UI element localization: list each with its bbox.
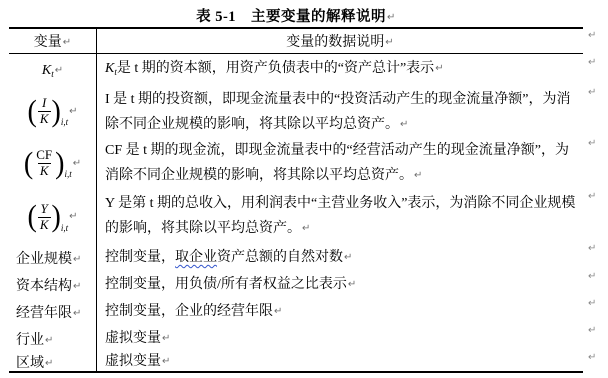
paragraph-mark-icon: ↵ — [68, 107, 77, 117]
paragraph-mark-icon: ↵ — [72, 281, 81, 292]
table-row: 区域↵ 虚拟变量↵ — [9, 352, 583, 371]
description-text: 虚拟变量 — [105, 354, 161, 369]
row-end-mark-icon: ↵ — [588, 191, 596, 202]
paragraph-mark-icon: ↵ — [54, 65, 63, 76]
fraction-numerator: CF — [34, 148, 54, 163]
inline-formula-k: K — [105, 61, 114, 76]
row-end-mark-icon: ↵ — [588, 30, 596, 41]
row-end-mark-icon: ↵ — [588, 138, 596, 149]
right-paren: ) — [52, 98, 61, 126]
paragraph-mark-icon: ↵ — [161, 356, 170, 367]
fraction-subscript: i,t — [61, 224, 68, 233]
variable-cell-cfk: (CFK)i,t↵ — [9, 137, 97, 190]
paragraph-mark-icon: ↵ — [72, 308, 81, 319]
formula-y-over-k: (YK)i,t↵ — [28, 202, 78, 233]
variable-label: 行业 — [16, 333, 44, 348]
paragraph-mark-icon: ↵ — [273, 306, 282, 317]
paragraph-mark-icon: ↵ — [161, 333, 170, 344]
variable-cell-capital-structure: 资本结构↵ — [9, 271, 97, 298]
description-text: 控制变量，企业的经营年限 — [105, 304, 273, 319]
table-row: (CFK)i,t↵ CF 是 t 期的现金流，即现金流量表中的“经营活动产生的现… — [9, 137, 583, 190]
fraction-subscript: i,t — [64, 170, 71, 179]
table-header-row: 变量↵ 变量的数据说明↵ — [9, 29, 583, 54]
right-paren: ) — [52, 203, 61, 231]
header-variable-label: 变量 — [34, 35, 62, 50]
fraction-numerator: Y — [39, 202, 50, 217]
variable-label: 经营年限 — [16, 306, 72, 321]
spellcheck-flagged-text: 取企业 — [175, 250, 217, 265]
left-paren: ( — [24, 150, 33, 178]
variable-cell-kt: Kt↵ — [9, 54, 97, 86]
paragraph-mark-icon: ↵ — [347, 279, 356, 290]
variable-label: 企业规模 — [16, 252, 72, 267]
variable-cell-operating-years: 经营年限↵ — [9, 298, 97, 325]
formula-kt: K — [42, 63, 51, 78]
word-document-page: 表 5-1 主要变量的解释说明↵ 变量↵ 变量的数据说明↵ Kt↵ Kt是 t … — [0, 0, 608, 378]
table-row: 企业规模↵ 控制变量，取企业资产总额的自然对数↵ — [9, 244, 583, 271]
variable-cell-firm-size: 企业规模↵ — [9, 244, 97, 271]
description-text: 控制变量， — [105, 250, 175, 265]
row-end-mark-icon: ↵ — [588, 298, 596, 309]
paragraph-mark-icon: ↵ — [399, 119, 408, 130]
table-row: (YK)i,t↵ Y 是第 t 期的总收入，用利润表中“主营业务收入”表示，为消… — [9, 190, 583, 244]
row-end-mark-icon: ↵ — [588, 57, 596, 68]
left-paren: ( — [28, 203, 37, 231]
description-text: 是 t 期的资本额，用资产负债表中的“资产总计”表示 — [117, 61, 434, 76]
left-paren: ( — [28, 98, 37, 126]
paragraph-mark-icon: ↵ — [343, 252, 352, 263]
fraction-numerator: I — [40, 96, 48, 111]
row-end-mark-icon: ↵ — [588, 271, 596, 282]
description-cell: 控制变量，企业的经营年限↵ — [97, 298, 583, 325]
paragraph-mark-icon: ↵ — [413, 170, 422, 181]
table-row: 经营年限↵ 控制变量，企业的经营年限↵ — [9, 298, 583, 325]
description-cell: I 是 t 期的投资额，即现金流量表中的“投资活动产生的现金流量净额”，为消除不… — [97, 86, 583, 137]
fraction-subscript: i,t — [61, 118, 68, 127]
description-cell: Y 是第 t 期的总收入，用利润表中“主营业务收入”表示，为消除不同企业规模的影… — [97, 190, 583, 244]
description-text: 虚拟变量 — [105, 331, 161, 346]
paragraph-mark-icon: ↵ — [301, 223, 310, 234]
table-row: (IK)i,t↵ I 是 t 期的投资额，即现金流量表中的“投资活动产生的现金流… — [9, 86, 583, 137]
right-paren: ) — [55, 150, 64, 178]
fraction-denominator: K — [38, 111, 51, 127]
description-text: 资产总额的自然对数 — [217, 250, 343, 265]
header-description-label: 变量的数据说明 — [286, 35, 384, 50]
description-cell: 控制变量，用负债/所有者权益之比表示↵ — [97, 271, 583, 298]
variable-label: 资本结构 — [16, 279, 72, 294]
table-row: Kt↵ Kt是 t 期的资本额，用资产负债表中的“资产总计”表示↵ — [9, 54, 583, 86]
header-cell-variable: 变量↵ — [9, 29, 97, 53]
description-cell: 虚拟变量↵ — [97, 352, 583, 371]
table-row: 资本结构↵ 控制变量，用负债/所有者权益之比表示↵ — [9, 271, 583, 298]
variable-cell-industry: 行业↵ — [9, 325, 97, 352]
paragraph-mark-icon: ↵ — [44, 335, 53, 346]
paragraph-mark-icon: ↵ — [44, 358, 53, 369]
table-caption: 表 5-1 主要变量的解释说明↵ — [0, 5, 592, 26]
variable-label: 区域 — [16, 356, 44, 371]
paragraph-mark-icon: ↵ — [72, 254, 81, 265]
description-text: CF 是 t 期的现金流，即现金流量表中的“经营活动产生的现金流量净额”，为消除… — [105, 143, 569, 183]
header-cell-description: 变量的数据说明↵ — [97, 29, 583, 53]
row-end-mark-icon: ↵ — [588, 243, 596, 254]
paragraph-mark-icon: ↵ — [384, 37, 393, 48]
description-cell: 控制变量，取企业资产总额的自然对数↵ — [97, 244, 583, 271]
description-cell: Kt是 t 期的资本额，用资产负债表中的“资产总计”表示↵ — [97, 54, 583, 86]
fraction-denominator: K — [38, 217, 51, 233]
description-text: I 是 t 期的投资额，即现金流量表中的“投资活动产生的现金流量净额”，为消除不… — [105, 92, 570, 132]
table-caption-text: 表 5-1 主要变量的解释说明 — [196, 9, 386, 25]
row-end-mark-icon: ↵ — [588, 325, 596, 336]
description-text: 控制变量，用负债/所有者权益之比表示 — [105, 277, 347, 292]
paragraph-mark-icon: ↵ — [62, 37, 71, 48]
variable-cell-region: 区域↵ — [9, 352, 97, 371]
fraction-denominator: K — [38, 163, 51, 179]
paragraph-mark-icon: ↵ — [68, 212, 77, 222]
row-end-mark-icon: ↵ — [588, 87, 596, 98]
paragraph-mark-icon: ↵ — [386, 12, 396, 23]
variable-cell-ik: (IK)i,t↵ — [9, 86, 97, 137]
paragraph-mark-icon: ↵ — [72, 159, 81, 169]
formula-cf-over-k: (CFK)i,t↵ — [24, 148, 81, 179]
variables-table: 变量↵ 变量的数据说明↵ Kt↵ Kt是 t 期的资本额，用资产负债表中的“资产… — [9, 27, 583, 373]
table-row: 行业↵ 虚拟变量↵ — [9, 325, 583, 352]
variable-cell-yk: (YK)i,t↵ — [9, 190, 97, 244]
description-cell: 虚拟变量↵ — [97, 325, 583, 352]
description-text: Y 是第 t 期的总收入，用利润表中“主营业务收入”表示，为消除不同企业规模的影… — [105, 196, 575, 236]
row-end-mark-icon: ↵ — [588, 352, 596, 363]
paragraph-mark-icon: ↵ — [434, 63, 443, 74]
description-cell: CF 是 t 期的现金流，即现金流量表中的“经营活动产生的现金流量净额”，为消除… — [97, 137, 583, 190]
formula-i-over-k: (IK)i,t↵ — [28, 96, 78, 127]
